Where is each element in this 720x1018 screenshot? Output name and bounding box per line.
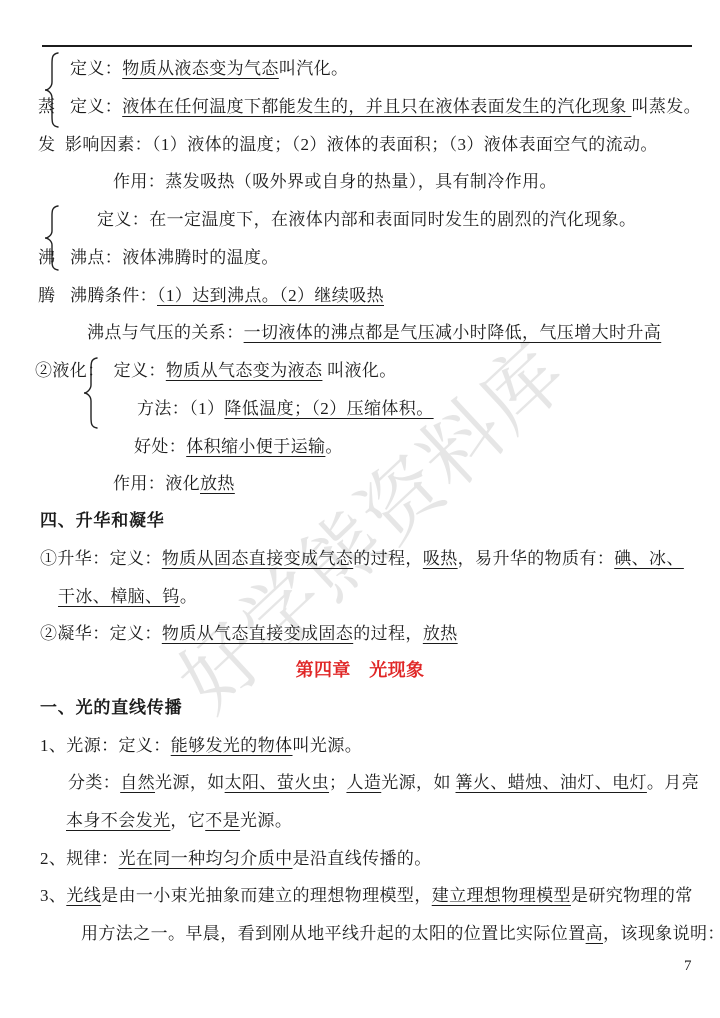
underlined-text: 放热: [200, 474, 235, 493]
text: 叫光源。: [293, 736, 363, 755]
line-light-source-classification: 分类：自然光源，如太阳、萤火虫；人造光源，如 篝火、蜡烛、油灯、电灯。月亮: [68, 772, 699, 794]
text: 光源，如: [381, 773, 455, 792]
line-sublimation-substances: 干冰、樟脑、钨。: [58, 586, 197, 608]
heading-light-propagation: 一、光的直线传播: [40, 697, 182, 719]
line-liquefaction-benefit: 好处：体积缩小便于运输。: [134, 436, 343, 458]
chapter-heading: 第四章 光现象: [0, 659, 720, 681]
underlined-text: 碘、冰、: [614, 549, 684, 568]
line-light-rule: 2、规律：光在同一种均匀介质中是沿直线传播的。: [40, 848, 432, 870]
text: 。月亮: [647, 773, 699, 792]
page-number: 7: [684, 958, 692, 975]
line-moon-not-source: 本身不会发光，它不是光源。: [66, 810, 292, 832]
underlined-text: 人造: [346, 773, 381, 792]
text: 好处：: [134, 437, 186, 456]
label-boiling-char-2: 腾: [38, 285, 55, 307]
text: 定义：: [70, 59, 122, 78]
text: 影响因素：（1）液体的温度；（2）液体的表面积；（3）液体表面空气的流动。: [65, 135, 658, 154]
line-evaporation-factors: 影响因素：（1）液体的温度；（2）液体的表面积；（3）液体表面空气的流动。: [65, 134, 658, 156]
heading-sublimation-section: 四、升华和凝华: [40, 510, 165, 532]
text: 沸腾条件：: [70, 286, 157, 305]
text: 用方法之一。早晨，看到刚从地平线升起的太阳的位置比实际位置: [81, 924, 586, 943]
underlined-text: 太阳、萤火虫: [225, 773, 329, 792]
label-boiling-char-1: 沸: [38, 247, 55, 269]
underlined-text: 干冰、樟脑、钨: [58, 587, 180, 606]
line-boiling-conditions: 沸腾条件：（1）达到沸点。（2）继续吸热: [70, 285, 384, 307]
line-light-ray-model: 3、光线是由一小束光抽象而建立的理想物理模型，建立理想物理模型是研究物理的常: [40, 885, 693, 907]
text: 定义：在一定温度下，在液体内部和表面同时发生的剧烈的汽化现象。: [97, 210, 636, 229]
underlined-text: 自然: [120, 773, 155, 792]
text: 是研究物理的常: [571, 886, 693, 905]
line-liquefaction-effect: 作用：液化放热: [113, 473, 235, 495]
text: ①升华：定义：: [40, 549, 162, 568]
text: 沸点：液体沸腾时的温度。: [70, 248, 279, 267]
underlined-text: 物质从气态直接变成固态: [162, 624, 353, 643]
underlined-text: 光线: [66, 886, 101, 905]
text: 光源。: [240, 811, 292, 830]
underlined-text: 降低温度；（2）压缩体积。: [224, 399, 433, 418]
text: ，易升华的物质有：: [458, 549, 615, 568]
underlined-text: 物质从气态变为液态: [166, 361, 323, 380]
text: 1、光源：定义：: [40, 736, 171, 755]
line-evaporation-effect: 作用：蒸发吸热（吸外界或自身的热量），具有制冷作用。: [113, 171, 557, 193]
text: 是由一小束光抽象而建立的理想物理模型，: [101, 886, 432, 905]
heading-text: 四、升华和凝华: [40, 511, 165, 530]
line-vaporization-definition: 定义：物质从液态变为气态叫汽化。: [70, 58, 348, 80]
underlined-text: 不是: [205, 811, 240, 830]
line-deposition-definition: ②凝华：定义：物质从气态直接变成固态的过程，放热: [40, 623, 458, 645]
text: ，它: [170, 811, 205, 830]
text: 3、: [40, 886, 66, 905]
underlined-text: 篝火、蜡烛、油灯、电灯: [456, 773, 647, 792]
underlined-text: 物质从固态直接变成气态: [162, 549, 353, 568]
text: 光源，如: [155, 773, 225, 792]
text: 定义：: [114, 361, 166, 380]
chapter-heading-text: 第四章 光现象: [296, 660, 425, 680]
underlined-text: （1）达到沸点。（2）继续吸热: [157, 286, 384, 305]
underlined-text: 一切液体的沸点都是气压减小时降低，气压增大时升高: [244, 323, 662, 342]
text: 。: [180, 587, 197, 606]
text: 作用：蒸发吸热（吸外界或自身的热量），具有制冷作用。: [113, 172, 557, 191]
underlined-text: 物质从液态变为气态: [122, 59, 279, 78]
underlined-text: 高: [586, 924, 603, 943]
text: 2、规律：: [40, 849, 119, 868]
underlined-text: 能够发光的物体: [171, 736, 293, 755]
text: 的过程，: [353, 624, 423, 643]
text: ②液化：: [35, 361, 105, 380]
text: 叫液化。: [322, 361, 396, 380]
line-sunrise-phenomenon: 用方法之一。早晨，看到刚从地平线升起的太阳的位置比实际位置高，该现象说明：: [81, 923, 720, 945]
underlined-text: 本身不会发光: [66, 811, 170, 830]
underlined-text: 光在同一种均匀介质中: [119, 849, 293, 868]
text: 方法：（1）: [137, 399, 224, 418]
underlined-text: 吸热: [423, 549, 458, 568]
underlined-text: 建立理想物理模型: [432, 886, 571, 905]
label-evaporation-char-2: 发: [38, 134, 55, 156]
underlined-text: 液体在任何温度下都能发生的，并且只在液体表面发生的汽化现象: [122, 97, 631, 116]
underlined-text: 体积缩小便于运输: [186, 437, 325, 456]
label-evaporation-char-1: 蒸: [38, 96, 55, 118]
line-sublimation-definition: ①升华：定义：物质从固态直接变成气态的过程，吸热，易升华的物质有：碘、冰、: [40, 548, 684, 570]
text: 分类：: [68, 773, 120, 792]
line-evaporation-definition: 定义：液体在任何温度下都能发生的，并且只在液体表面发生的汽化现象 叫蒸发。: [70, 96, 701, 118]
text: 沸点与气压的关系：: [87, 323, 244, 342]
text: ②凝华：定义：: [40, 624, 162, 643]
text: ；: [329, 773, 346, 792]
text: 作用：液化: [113, 474, 200, 493]
text: 叫蒸发。: [631, 97, 701, 116]
line-light-source-definition: 1、光源：定义：能够发光的物体叫光源。: [40, 735, 362, 757]
document-page: 好学熊资料库 蒸 发 沸 腾 定义：物质从液态变为气态叫汽化。 定义：液体在任何…: [0, 0, 720, 1018]
text: 定义：: [70, 97, 122, 116]
top-divider-line: [42, 45, 692, 47]
line-boiling-point: 沸点：液体沸腾时的温度。: [70, 247, 279, 269]
text: 是沿直线传播的。: [293, 849, 432, 868]
line-liquefaction-definition: ②液化：定义：物质从气态变为液态 叫液化。: [35, 360, 397, 382]
text: ，该现象说明：: [603, 924, 720, 943]
text: 叫汽化。: [279, 59, 349, 78]
line-boiling-point-pressure: 沸点与气压的关系：一切液体的沸点都是气压减小时降低，气压增大时升高: [87, 322, 661, 344]
line-boiling-definition: 定义：在一定温度下，在液体内部和表面同时发生的剧烈的汽化现象。: [97, 209, 636, 231]
underlined-text: 放热: [423, 624, 458, 643]
text: 。: [325, 437, 342, 456]
heading-text: 一、光的直线传播: [40, 698, 182, 717]
text: 的过程，: [353, 549, 423, 568]
line-liquefaction-methods: 方法：（1）降低温度；（2）压缩体积。: [137, 398, 434, 420]
